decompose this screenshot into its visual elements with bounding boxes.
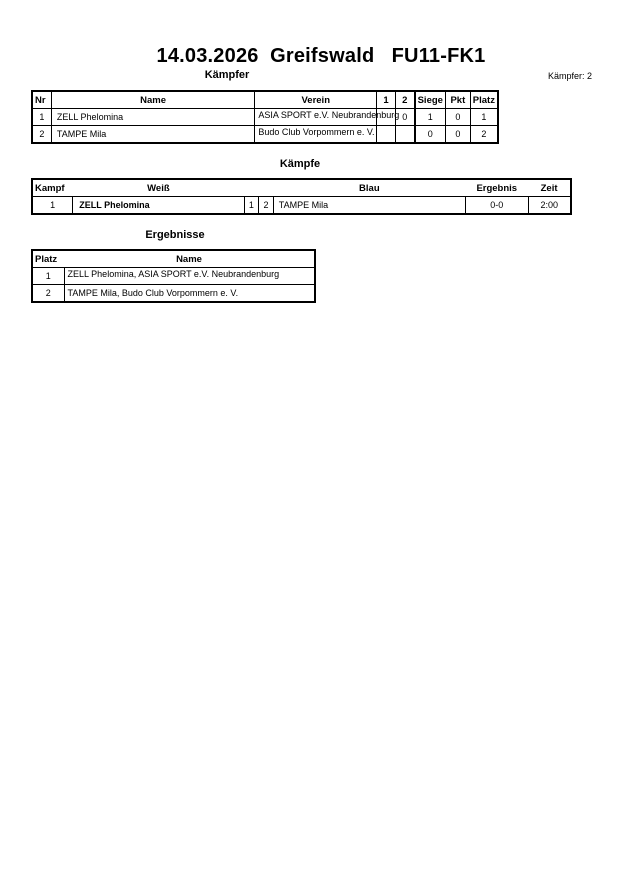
col-fight: Kampf [32,179,73,197]
fighter-club: ASIA SPORT e.V. Neubrandenburg [258,110,399,120]
col-white: Weiß [73,179,244,197]
fighter-nr: 2 [32,126,51,144]
fighter-round-1 [377,126,396,144]
col-club: Verein [255,91,377,109]
col-white-no [244,179,259,197]
fight-blue-no: 2 [259,197,274,215]
page-title: 14.03.2026 Greifswald FU11-FK1 [0,45,630,68]
col-blue-no [259,179,274,197]
col-points: Pkt [445,91,470,109]
fighter-name: TAMPE Mila [51,126,254,144]
table-row: 2 TAMPE Mila, Budo Club Vorpommern e. V. [32,285,315,303]
fighter-points: 0 [445,126,470,144]
fights-heading: Kämpfe [260,158,340,170]
results-table: Platz Name 1 ZELL Phelomina, ASIA SPORT … [31,249,316,303]
col-name: Name [64,250,315,268]
table-header-row: Kampf Weiß Blau Ergebnis Zeit [32,179,571,197]
table-row: 1 ZELL Phelomina, ASIA SPORT e.V. Neubra… [32,268,315,285]
fighter-wins: 1 [415,109,446,126]
result-place: 2 [32,285,64,303]
fighter-club: Budo Club Vorpommern e. V. [258,127,374,137]
fighters-heading: Kämpfer [190,69,264,81]
fighter-points: 0 [445,109,470,126]
fighters-table: Nr Name Verein 1 2 Siege Pkt Platz 1 ZEL… [31,90,499,144]
fight-blue: TAMPE Mila [273,197,465,215]
fighter-round-2 [395,126,414,144]
col-time: Zeit [528,179,571,197]
result-name-cell: ZELL Phelomina, ASIA SPORT e.V. Neubrand… [64,268,315,285]
table-header-row: Platz Name [32,250,315,268]
results-heading: Ergebnisse [130,229,220,241]
fighter-name: ZELL Phelomina [51,109,254,126]
col-name: Name [51,91,254,109]
fights-table: Kampf Weiß Blau Ergebnis Zeit 1 ZELL Phe… [31,178,572,215]
col-round-2: 2 [395,91,414,109]
fighter-club-cell: ASIA SPORT e.V. Neubrandenburg [255,109,377,126]
fighter-club-cell: Budo Club Vorpommern e. V. [255,126,377,144]
fight-white: ZELL Phelomina [73,197,244,215]
fighter-wins: 0 [415,126,446,144]
fighter-nr: 1 [32,109,51,126]
col-result: Ergebnis [465,179,528,197]
table-row: 2 TAMPE Mila Budo Club Vorpommern e. V. … [32,126,498,144]
result-place: 1 [32,268,64,285]
fighter-place: 2 [470,126,498,144]
fight-time: 2:00 [528,197,571,215]
fighters-count: Kämpfer: 2 [548,71,592,81]
fighter-place: 1 [470,109,498,126]
col-place: Platz [470,91,498,109]
fight-white-no: 1 [244,197,259,215]
col-wins: Siege [415,91,446,109]
table-row: 1 ZELL Phelomina 1 2 TAMPE Mila 0-0 2:00 [32,197,571,215]
col-round-1: 1 [377,91,396,109]
col-blue: Blau [273,179,465,197]
fight-result: 0-0 [465,197,528,215]
table-header-row: Nr Name Verein 1 2 Siege Pkt Platz [32,91,498,109]
table-row: 1 ZELL Phelomina ASIA SPORT e.V. Neubran… [32,109,498,126]
col-place: Platz [32,250,64,268]
col-nr: Nr [32,91,51,109]
fight-number: 1 [32,197,73,215]
result-name: TAMPE Mila, Budo Club Vorpommern e. V. [64,285,315,303]
result-name: ZELL Phelomina, ASIA SPORT e.V. Neubrand… [68,269,280,279]
